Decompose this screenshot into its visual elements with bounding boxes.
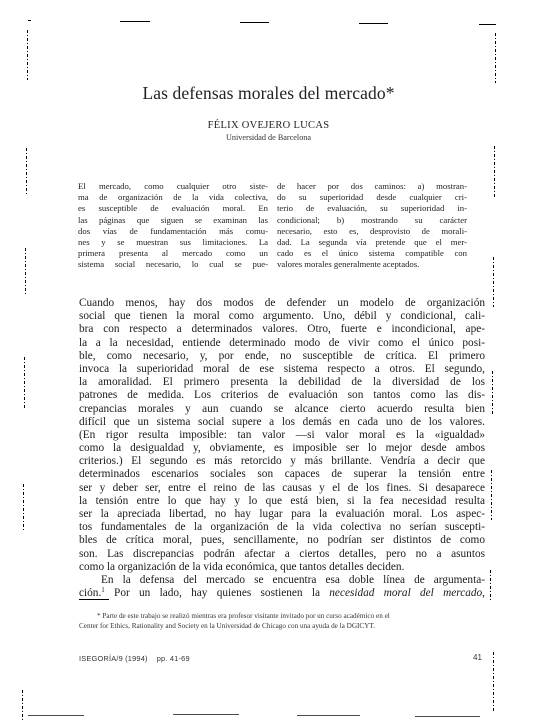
crop-mark-bottom [297, 715, 360, 716]
body-line: ble, como necesario, y, por ende, no sus… [79, 350, 485, 363]
abstract-line: dos vías de fundamentación más comu- [78, 226, 268, 237]
abstract-line: es susceptible de evaluación moral. En [78, 203, 268, 214]
crop-mark-right [495, 33, 496, 83]
body-line: bles de crítica moral, pues, sencillamen… [79, 534, 485, 547]
crop-mark-left [27, 30, 28, 80]
crop-mark-left [23, 484, 24, 532]
body-line: invoca la superioridad moral de ese sist… [79, 363, 485, 376]
crop-mark-right [492, 371, 493, 415]
crop-mark-right [491, 470, 492, 520]
abstract-line: primera presenta al mercado como un [78, 248, 268, 259]
author-name: FÉLIX OVEJERO LUCAS [0, 120, 537, 131]
abstract-line: condicional; b) mostrando su carácter [277, 215, 467, 226]
body-line: (En rigor resulta imposible: tan valor —… [79, 429, 485, 442]
body-line: crepancias morales y aun cuando se alcan… [79, 403, 485, 416]
body-line: tos fundamentales de la organización de … [79, 521, 485, 534]
crop-mark-right [494, 146, 495, 198]
body-line: ser y deber ser, entre el reino de las c… [79, 482, 485, 495]
crop-mark-right [493, 652, 494, 712]
abstract-line: ma de organización de la vida colectiva, [78, 192, 268, 203]
crop-mark-bottom [28, 715, 84, 716]
body-line: como la desigualdad y, obviamente, es im… [79, 442, 485, 455]
abstract-right-column: de hacer por dos caminos: a) mostran- do… [277, 181, 467, 271]
footnote-line: * Parte de este trabajo se realizó mient… [79, 612, 485, 622]
abstract-line: dad. La segunda vía pretende que el mer- [277, 237, 467, 248]
footnote-separator [79, 599, 109, 600]
crop-mark-left [22, 690, 23, 720]
crop-mark-right [490, 570, 491, 602]
body-line: la a la necesidad, entiende determinado … [79, 337, 485, 350]
crop-mark-top [28, 20, 31, 21]
journal-citation: ISEGORÍA/9 (1994) [79, 654, 148, 663]
crop-mark-top [240, 22, 269, 23]
crop-mark-left [24, 357, 25, 409]
abstract-line: nes y se muestran sus limitaciones. La [78, 237, 268, 248]
body-line: ción.1 Por un lado, hay quienes sostiene… [79, 587, 485, 600]
body-line: son. Las discrepancias podrán afectar a … [79, 548, 485, 561]
abstract-line: las páginas que siguen se examinan las [78, 215, 268, 226]
abstract-line: sistema social necesario, lo cual se pue… [78, 259, 268, 270]
body-line: En la defensa del mercado se encuentra e… [79, 574, 485, 587]
author-affiliation: Universidad de Barcelona [0, 133, 537, 142]
crop-mark-top [359, 23, 388, 24]
body-text-fragment: ción. [79, 587, 101, 599]
body-text-fragment: Por un lado, hay quienes sostienen la [105, 587, 330, 599]
body-line: criterios.) El segundo es más retorcido … [79, 455, 485, 468]
body-line: como la organización de la vida económic… [79, 561, 485, 574]
body-line: difícil que un sistema social supere a l… [79, 416, 485, 429]
abstract-line: do su superioridad desde cualquier cri- [277, 192, 467, 203]
abstract-line: cado es el único sistema compatible con [277, 248, 467, 259]
abstract-line: necesario, esto es, desprovisto de moral… [277, 226, 467, 237]
abstract-left-column: El mercado, como cualquier otro siste- m… [78, 181, 268, 271]
crop-mark-left [26, 148, 27, 194]
abstract-line: terio de evaluación, su superioridad in- [277, 203, 467, 214]
body-line: social que tienen la moral como argument… [79, 310, 485, 323]
running-footer: ISEGORÍA/9 (1994) pp. 41-69 [79, 654, 190, 663]
crop-mark-left [25, 248, 26, 296]
footnote-line: Center for Ethics, Rationality and Socie… [79, 622, 485, 632]
body-line: la amoralidad. El primero presenta la de… [79, 376, 485, 389]
abstract-line: El mercado, como cualquier otro siste- [78, 181, 268, 192]
body-line: determinados escenarios sociales son cap… [79, 468, 485, 481]
body-line: bra con respecto a determinados valores.… [79, 323, 485, 336]
body-line: la tensión entre lo que hay y lo que est… [79, 495, 485, 508]
article-title: Las defensas morales del mercado* [0, 83, 537, 104]
body-line: Cuando menos, hay dos modos de defender … [79, 297, 485, 310]
body-text: Cuando menos, hay dos modos de defender … [79, 297, 485, 600]
crop-mark-top [479, 24, 496, 25]
page-range: pp. 41-69 [157, 654, 190, 663]
body-line: ser la apreciada libertad, no hay lugar … [79, 508, 485, 521]
body-line: patrones de medida. Los criterios de eva… [79, 389, 485, 402]
crop-mark-right [493, 257, 494, 307]
page-number: 41 [473, 653, 482, 662]
crop-mark-top [120, 21, 150, 22]
emphasized-phrase: necesidad moral del mercado, [329, 587, 485, 599]
abstract-line: valores morales generalmente aceptados. [277, 259, 467, 270]
crop-mark-bottom [415, 716, 480, 717]
footnote: * Parte de este trabajo se realizó mient… [79, 612, 485, 631]
crop-mark-bottom [173, 714, 239, 715]
abstract-line: de hacer por dos caminos: a) mostran- [277, 181, 467, 192]
